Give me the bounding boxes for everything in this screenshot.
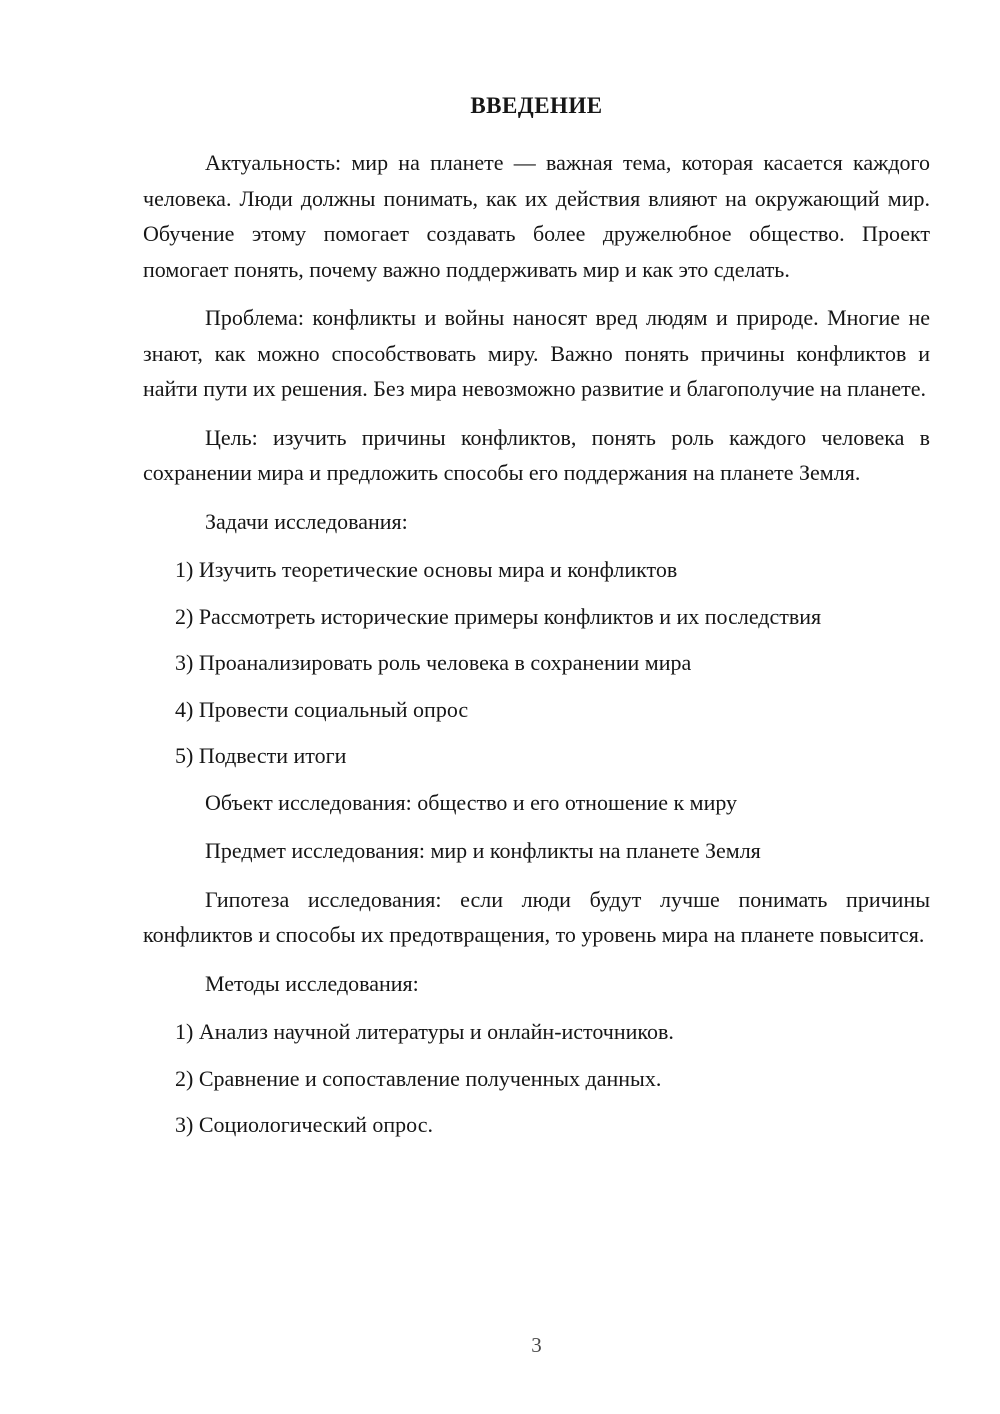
tasks-heading: Задачи исследования:: [143, 504, 930, 540]
method-list: 1) Анализ научной литературы и онлайн-ис…: [143, 1014, 930, 1143]
method-item: 1) Анализ научной литературы и онлайн-ис…: [143, 1014, 930, 1050]
method-item: 2) Сравнение и сопоставление полученных …: [143, 1061, 930, 1097]
document-page: ВВЕДЕНИЕ Актуальность: мир на планете — …: [0, 0, 1000, 1414]
paragraph-relevance: Актуальность: мир на планете — важная те…: [143, 145, 930, 287]
task-item: 2) Рассмотреть исторические примеры конф…: [143, 599, 930, 635]
methods-heading: Методы исследования:: [143, 966, 930, 1002]
paragraph-goal: Цель: изучить причины конфликтов, понять…: [143, 420, 930, 491]
paragraph-problem: Проблема: конфликты и войны наносят вред…: [143, 300, 930, 407]
task-item: 4) Провести социальный опрос: [143, 692, 930, 728]
page-number: 3: [143, 1332, 930, 1358]
page-title: ВВЕДЕНИЕ: [143, 93, 930, 119]
task-item: 1) Изучить теоретические основы мира и к…: [143, 552, 930, 588]
method-item: 3) Социологический опрос.: [143, 1107, 930, 1143]
task-item: 5) Подвести итоги: [143, 738, 930, 774]
paragraph-object: Объект исследования: общество и его отно…: [143, 785, 930, 821]
task-item: 3) Проанализировать роль человека в сохр…: [143, 645, 930, 681]
document-content: ВВЕДЕНИЕ Актуальность: мир на планете — …: [143, 93, 930, 1154]
paragraph-subject: Предмет исследования: мир и конфликты на…: [143, 833, 930, 869]
task-list: 1) Изучить теоретические основы мира и к…: [143, 552, 930, 774]
paragraph-hypothesis: Гипотеза исследования: если люди будут л…: [143, 882, 930, 953]
